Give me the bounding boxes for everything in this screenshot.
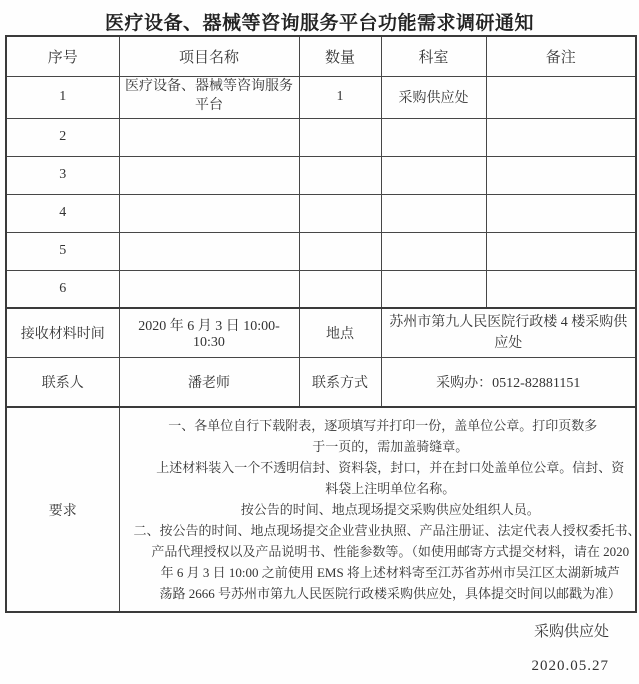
- column-header-project: 项目名称: [119, 36, 299, 76]
- column-header-note: 备注: [486, 36, 636, 76]
- table-row: 2: [6, 118, 636, 156]
- cell-quantity: [299, 156, 381, 194]
- cell-project-name: 医疗设备、器械等咨询服务平台: [119, 76, 299, 118]
- cell-quantity: 1: [299, 76, 381, 118]
- requirement-line: 荡路 2666 号苏州市第九人民医院行政楼采购供应处，具体提交时间以邮戳为准）: [123, 583, 633, 604]
- contact-method-label: 联系方式: [299, 357, 381, 407]
- cell-note: [486, 76, 636, 118]
- requirements-content: 一、各单位自行下载附表，逐项填写并打印一份，盖单位公章。打印页数多 于一页的，需…: [119, 407, 636, 612]
- document-footer: 采购供应处 2020.05.27: [309, 620, 609, 675]
- notice-table: 序号 项目名称 数量 科室 备注 1 医疗设备、器械等咨询服务平台 1 采购供应…: [5, 35, 637, 613]
- cell-project-name: [119, 118, 299, 156]
- contact-name: 潘老师: [119, 357, 299, 407]
- cell-quantity: [299, 232, 381, 270]
- cell-note: [486, 156, 636, 194]
- requirements-label: 要求: [6, 407, 119, 612]
- requirements-row: 要求 一、各单位自行下载附表，逐项填写并打印一份，盖单位公章。打印页数多 于一页…: [6, 407, 636, 612]
- cell-note: [486, 194, 636, 232]
- requirement-line: 一、各单位自行下载附表，逐项填写并打印一份，盖单位公章。打印页数多: [123, 415, 633, 436]
- notice-document: 医疗设备、器械等咨询服务平台功能需求调研通知 序号 项目名称 数量 科室 备注 …: [0, 0, 639, 684]
- page-title: 医疗设备、器械等咨询服务平台功能需求调研通知: [0, 0, 639, 35]
- cell-seq: 2: [6, 118, 119, 156]
- table-header-row: 序号 项目名称 数量 科室 备注: [6, 36, 636, 76]
- place-value: 苏州市第九人民医院行政楼 4 楼采购供应处: [381, 308, 636, 357]
- requirement-line: 于一页的，需加盖骑缝章。: [123, 436, 633, 457]
- cell-seq: 1: [6, 76, 119, 118]
- contact-row: 联系人 潘老师 联系方式 采购办：0512-82881151: [6, 357, 636, 407]
- receive-time-value: 2020 年 6 月 3 日 10:00-10:30: [119, 308, 299, 357]
- table-row: 3: [6, 156, 636, 194]
- cell-department: [381, 156, 486, 194]
- cell-note: [486, 270, 636, 308]
- receive-time-label: 接收材料时间: [6, 308, 119, 357]
- cell-quantity: [299, 270, 381, 308]
- requirement-line: 年 6 月 3 日 10:00 之前使用 EMS 将上述材料寄至江苏省苏州市吴江…: [123, 562, 633, 583]
- cell-note: [486, 118, 636, 156]
- requirement-line: 产品代理授权以及产品说明书、性能参数等。（如使用邮寄方式提交材料，请在 2020: [123, 541, 633, 562]
- requirement-line: 二、按公告的时间、地点现场提交企业营业执照、产品注册证、法定代表人授权委托书、: [123, 520, 633, 541]
- signature-department: 采购供应处: [309, 620, 609, 641]
- cell-project-name: [119, 232, 299, 270]
- column-header-seq: 序号: [6, 36, 119, 76]
- cell-project-name: [119, 156, 299, 194]
- column-header-department: 科室: [381, 36, 486, 76]
- cell-department: [381, 118, 486, 156]
- contact-label: 联系人: [6, 357, 119, 407]
- cell-quantity: [299, 194, 381, 232]
- cell-note: [486, 232, 636, 270]
- cell-seq: 3: [6, 156, 119, 194]
- cell-seq: 4: [6, 194, 119, 232]
- requirement-line: 按公告的时间、地点现场提交采购供应处组织人员。: [123, 499, 633, 520]
- cell-seq: 6: [6, 270, 119, 308]
- cell-department: [381, 194, 486, 232]
- cell-project-name: [119, 270, 299, 308]
- signature-date: 2020.05.27: [309, 658, 609, 675]
- cell-project-name: [119, 194, 299, 232]
- place-label: 地点: [299, 308, 381, 357]
- cell-department: [381, 270, 486, 308]
- receive-materials-row: 接收材料时间 2020 年 6 月 3 日 10:00-10:30 地点 苏州市…: [6, 308, 636, 357]
- contact-method-value: 采购办：0512-82881151: [381, 357, 636, 407]
- cell-seq: 5: [6, 232, 119, 270]
- table-row: 6: [6, 270, 636, 308]
- cell-quantity: [299, 118, 381, 156]
- cell-department: [381, 232, 486, 270]
- requirement-line: 上述材料装入一个不透明信封、资料袋，封口，并在封口处盖单位公章。信封、资: [123, 457, 633, 478]
- table-row: 5: [6, 232, 636, 270]
- cell-department: 采购供应处: [381, 76, 486, 118]
- column-header-quantity: 数量: [299, 36, 381, 76]
- requirement-line: 料袋上注明单位名称。: [123, 478, 633, 499]
- table-row: 1 医疗设备、器械等咨询服务平台 1 采购供应处: [6, 76, 636, 118]
- table-row: 4: [6, 194, 636, 232]
